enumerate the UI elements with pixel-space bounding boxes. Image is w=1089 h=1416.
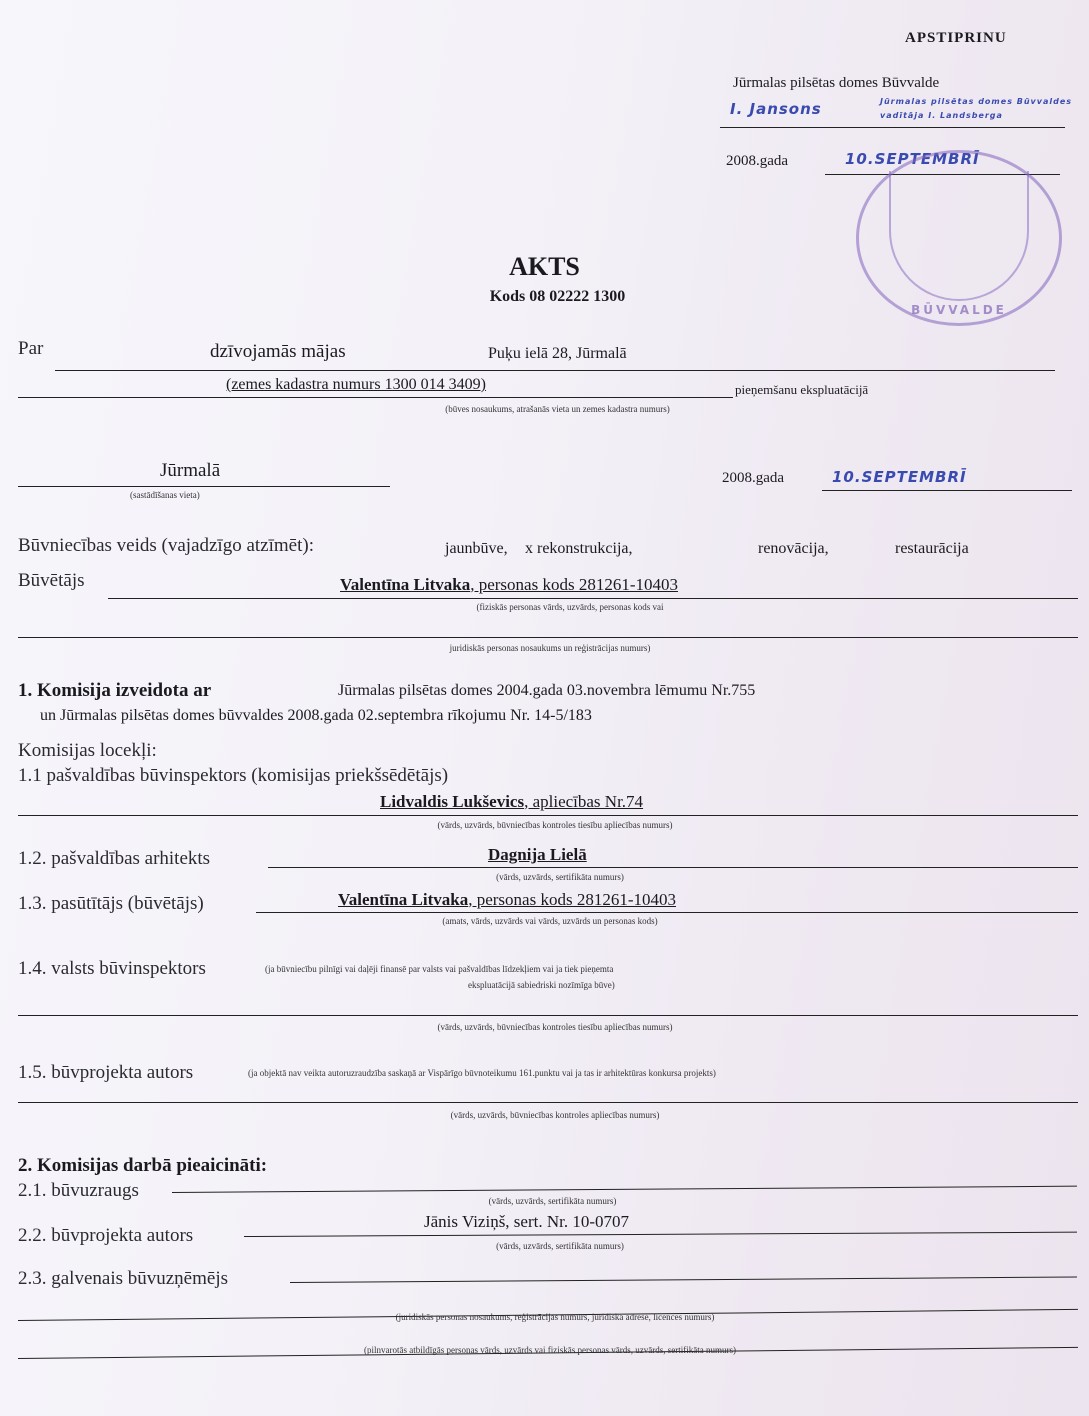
date-value: 10.SEPTEMBRĪ	[832, 468, 967, 486]
member-1-1-line	[18, 815, 1078, 816]
subject-line-2	[18, 397, 733, 398]
member-1-3-value: Valentīna Litvaka, personas kods 281261-…	[338, 890, 676, 910]
builder-value: Valentīna Litvaka, personas kods 281261-…	[340, 575, 678, 595]
approval-signature: I. Jansons	[730, 100, 822, 118]
builder-line-1	[108, 598, 1078, 599]
member-1-4-note-1: (ja būvniecību pilnīgi vai daļēji finans…	[265, 964, 613, 974]
document-title: AKTS	[0, 252, 1089, 282]
construction-option-restoration: restaurācija	[895, 540, 969, 558]
members-label: Komisijas locekļi:	[18, 740, 157, 762]
builder-label: Būvētājs	[18, 570, 85, 592]
subject-caption: (būves nosaukums, atrašanās vieta un zem…	[0, 404, 1089, 414]
member-1-1-label: 1.1 pašvaldības būvinspektors (komisijas…	[18, 765, 448, 787]
member-1-1-cert: , apliecības Nr.74	[524, 792, 643, 811]
member-1-1-name: Lidvaldis Lukševics	[380, 792, 524, 811]
member-1-3-caption: (amats, vārds, uzvārds vai vārds, uzvārd…	[0, 916, 1089, 926]
subject-address: Puķu ielā 28, Jūrmalā	[488, 345, 627, 363]
place-line	[18, 486, 390, 487]
member-1-3-name: Valentīna Litvaka	[338, 890, 468, 909]
invited-2-2-line	[244, 1232, 1077, 1237]
member-1-4-caption: (vārds, uzvārds, būvniecības kontroles t…	[0, 1022, 1089, 1032]
signature-line	[720, 127, 1065, 128]
subject-suffix: pieņemšanu ekspluatācijā	[735, 382, 868, 398]
approval-year-label: 2008.gada	[726, 153, 788, 170]
approval-stamp-note: Jūrmalas pilsētas domes Būvvaldes vadītā…	[880, 95, 1080, 123]
construction-type-label: Būvniecības veids (vajadzīgo atzīmēt):	[18, 535, 314, 557]
member-1-5-line	[18, 1102, 1078, 1103]
builder-caption-1: (fiziskās personas vārds, uzvārds, perso…	[0, 602, 1089, 612]
section2-heading: 2. Komisijas darbā pieaicināti:	[18, 1155, 267, 1177]
date-line	[822, 490, 1072, 491]
date-year-label: 2008.gada	[722, 470, 784, 487]
section1-text-1: Jūrmalas pilsētas domes 2004.gada 03.nov…	[338, 682, 755, 700]
place-caption: (sastādīšanas vieta)	[130, 490, 200, 500]
member-1-4-note-2: ekspluatācijā sabiedriski nozīmīga būve)	[468, 980, 615, 990]
builder-code: , personas kods 281261-10403	[470, 575, 678, 594]
document-code: Kods 08 02222 1300	[0, 288, 1089, 306]
subject-building: dzīvojamās mājas	[210, 341, 346, 363]
subject-prefix: Par	[18, 338, 43, 360]
member-1-3-code: , personas kods 281261-10403	[468, 890, 676, 909]
invited-2-1-caption: (vārds, uzvārds, sertifikāta numurs)	[0, 1196, 1089, 1206]
member-1-4-line	[18, 1015, 1078, 1016]
member-1-1-value: Lidvaldis Lukševics, apliecības Nr.74	[380, 792, 643, 812]
invited-2-3-caption-2: (pilnvarotās atbildīgās personas vārds, …	[0, 1345, 1089, 1355]
member-1-3-label: 1.3. pasūtītājs (būvētājs)	[18, 893, 204, 915]
section1-text-2: un Jūrmalas pilsētas domes būvvaldes 200…	[40, 707, 592, 725]
construction-option-renovation: renovācija,	[758, 540, 829, 558]
construction-option-new: jaunbūve,	[445, 540, 508, 558]
member-1-1-caption: (vārds, uzvārds, būvniecības kontroles t…	[0, 820, 1089, 830]
invited-2-3-caption-1: (juridiskās personas nosaukums, reģistrā…	[0, 1312, 1089, 1322]
builder-line-2	[18, 637, 1078, 638]
construction-option-reconstruction: x rekonstrukcija,	[525, 540, 633, 558]
member-1-2-label: 1.2. pašvaldības arhitekts	[18, 848, 210, 870]
member-1-5-note: (ja objektā nav veikta autoruzraudzība s…	[248, 1068, 716, 1078]
invited-2-3-line-1	[290, 1277, 1077, 1283]
subject-cadastre: (zemes kadastra numurs 1300 014 3409)	[226, 376, 486, 394]
approval-title: APSTIPRINU	[905, 30, 1007, 47]
member-1-5-label: 1.5. būvprojekta autors	[18, 1062, 193, 1084]
member-1-2-line	[268, 867, 1078, 868]
section1-heading: 1. Komisija izveidota ar	[18, 680, 211, 702]
member-1-2-name: Dagnija Lielā	[488, 845, 587, 864]
member-1-3-line	[256, 912, 1078, 913]
invited-2-2-value: Jānis Viziņš, sert. Nr. 10-0707	[424, 1212, 629, 1232]
invited-2-3-label: 2.3. galvenais būvuzņēmējs	[18, 1268, 228, 1290]
member-1-4-label: 1.4. valsts būvinspektors	[18, 958, 206, 980]
place-value: Jūrmalā	[160, 460, 220, 482]
member-1-2-value: Dagnija Lielā	[488, 845, 587, 865]
subject-line-1	[55, 370, 1055, 371]
approval-authority: Jūrmalas pilsētas domes Būvvalde	[733, 75, 939, 92]
member-1-5-caption: (vārds, uzvārds, būvniecības kontroles a…	[0, 1110, 1089, 1120]
builder-caption-2: juridiskās personas nosaukums un reģistr…	[0, 643, 1089, 653]
invited-2-1-line	[172, 1186, 1077, 1193]
member-1-2-caption: (vārds, uzvārds, sertifikāta numurs)	[0, 872, 1089, 882]
invited-2-2-caption: (vārds, uzvārds, sertifikāta numurs)	[0, 1241, 1089, 1251]
builder-name: Valentīna Litvaka	[340, 575, 470, 594]
